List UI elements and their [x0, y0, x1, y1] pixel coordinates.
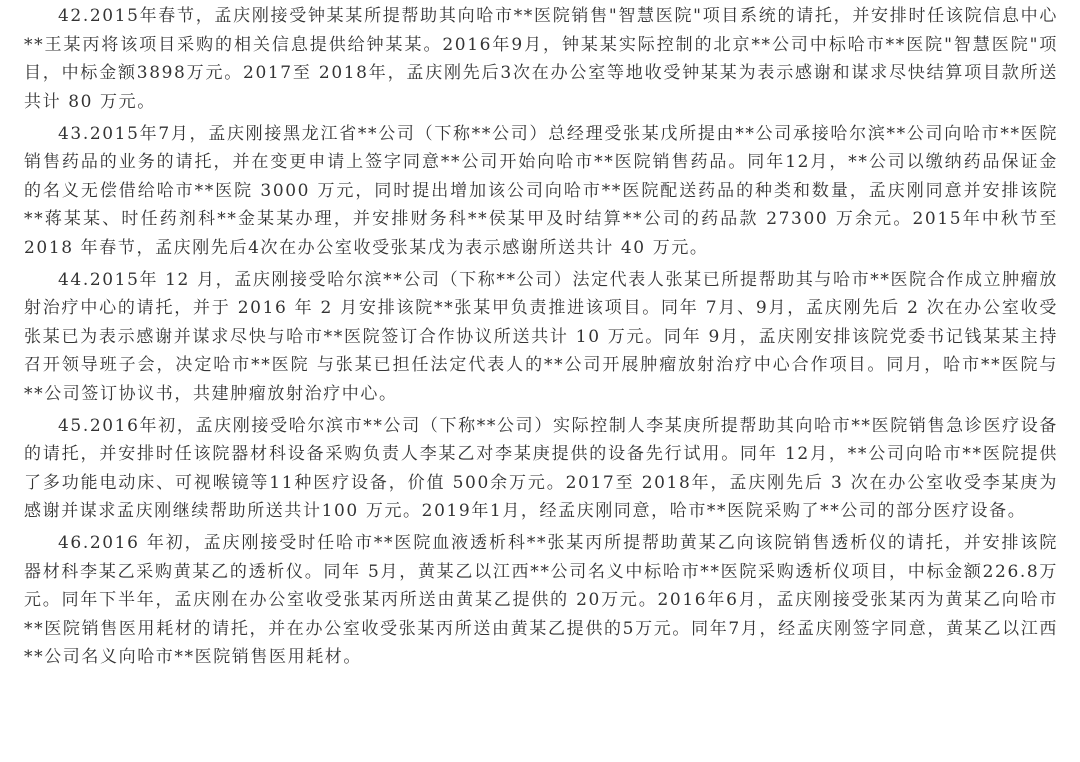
paragraph-46: 46.2016 年初，孟庆刚接受时任哈市**医院血液透析科**张某丙所提帮助黄某… [24, 529, 1058, 672]
paragraph-43: 43.2015年7月，孟庆刚接黑龙江省**公司（下称**公司）总经理受张某戊所提… [24, 120, 1058, 263]
paragraph-45: 45.2016年初，孟庆刚接受哈尔滨市**公司（下称**公司）实际控制人李某庚所… [24, 412, 1058, 526]
paragraph-42: 42.2015年春节，孟庆刚接受钟某某所提帮助其向哈市**医院销售"智慧医院"项… [24, 2, 1058, 116]
paragraph-44: 44.2015年 12 月，孟庆刚接受哈尔滨**公司（下称**公司）法定代表人张… [24, 266, 1058, 409]
document-body: 42.2015年春节，孟庆刚接受钟某某所提帮助其向哈市**医院销售"智慧医院"项… [24, 2, 1058, 675]
